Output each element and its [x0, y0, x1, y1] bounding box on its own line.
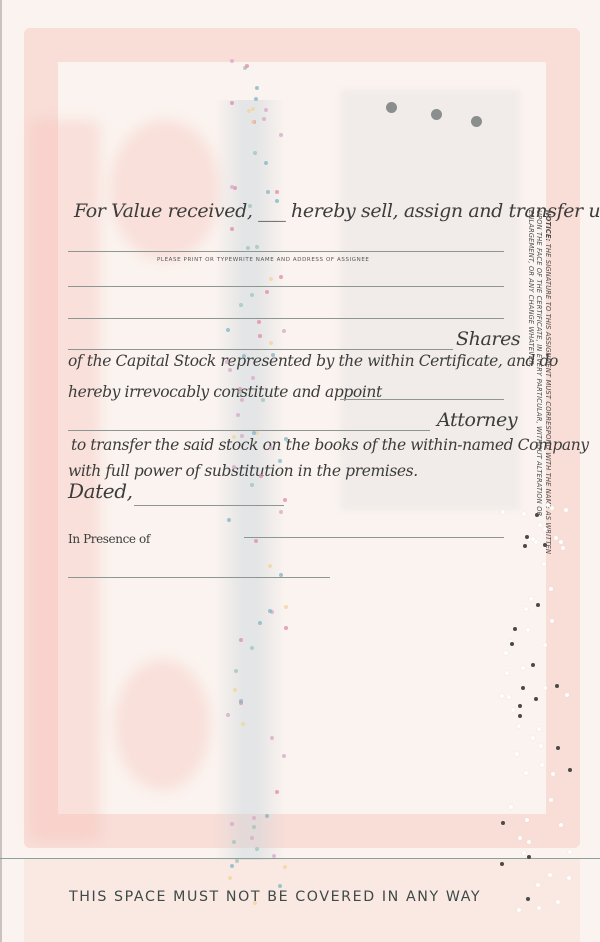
transfer-line: to transfer the said stock on the books …: [71, 436, 589, 454]
assignee-rule-1: [68, 251, 504, 252]
perforation-hole: [524, 607, 528, 611]
ink-speck: [275, 199, 279, 203]
ink-speck: [258, 621, 262, 625]
ink-speck: [283, 498, 287, 502]
perforation-hole: [535, 513, 539, 517]
perforation-hole: [518, 704, 522, 708]
for-value-received-line: For Value received, ___ hereby sell, ass…: [74, 200, 600, 222]
ink-speck: [261, 398, 265, 402]
perforation-hole: [538, 523, 542, 527]
ink-speck: [235, 859, 239, 863]
perforation-hole: [542, 562, 546, 566]
capital-stock-line: of the Capital Stock represented by the …: [68, 352, 558, 370]
ink-speck: [275, 190, 279, 194]
signature-notice: NOTICE: THE SIGNATURE TO THIS ASSIGNMENT…: [526, 210, 552, 570]
assignee-caption: PLEASE PRINT OR TYPEWRITE NAME AND ADDRE…: [157, 257, 370, 263]
ink-speck: [240, 398, 244, 402]
perforation-hole: [504, 651, 508, 655]
perforation-hole: [543, 686, 547, 690]
ink-speck: [227, 518, 231, 522]
punch-hole: [471, 116, 482, 127]
signature-field-line[interactable]: [244, 537, 504, 538]
attorney-field-line[interactable]: [68, 430, 430, 431]
ink-speck: [266, 190, 270, 194]
ink-speck: [242, 354, 246, 358]
bleed-vignette-left-top: [110, 120, 220, 260]
perforation-hole: [518, 836, 522, 840]
punch-hole: [431, 109, 442, 120]
ink-speck: [230, 822, 234, 826]
ink-speck: [259, 474, 263, 478]
ink-speck: [253, 901, 257, 905]
ink-speck: [255, 245, 259, 249]
shares-field-line[interactable]: [68, 349, 453, 350]
perforation-hole: [525, 535, 529, 539]
ink-speck: [278, 459, 282, 463]
ink-speck: [246, 246, 250, 250]
perforation-hole: [554, 536, 558, 540]
ink-speck: [278, 884, 282, 888]
perforation-hole: [513, 627, 517, 631]
perforation-hole: [539, 744, 543, 748]
witness-field-line[interactable]: [68, 577, 330, 578]
ink-speck: [226, 713, 230, 717]
ink-speck: [255, 86, 259, 90]
appoint-line: hereby irrevocably constitute and appoin…: [68, 383, 382, 401]
attorney-label: Attorney: [437, 409, 517, 431]
perforation-hole: [501, 821, 505, 825]
punch-hole: [386, 102, 397, 113]
perforation-hole: [540, 763, 544, 767]
perforation-hole: [510, 642, 514, 646]
perforation-hole: [527, 840, 531, 844]
perforation-hole: [561, 546, 565, 550]
assignee-field-line[interactable]: [68, 318, 504, 319]
appointee-field-line[interactable]: [340, 399, 504, 400]
ink-speck: [268, 609, 272, 613]
shares-label: Shares: [456, 328, 520, 350]
perforation-hole: [523, 544, 527, 548]
date-field-line[interactable]: [134, 505, 284, 506]
ink-speck: [250, 836, 254, 840]
ink-speck: [252, 431, 256, 435]
notice-heading: NOTICE:: [544, 210, 552, 241]
perforation-hole: [549, 587, 553, 591]
ink-speck: [239, 699, 243, 703]
dated-label: Dated,: [68, 479, 133, 503]
ink-speck: [284, 437, 288, 441]
ink-speck: [230, 59, 234, 63]
perforation-hole: [556, 900, 560, 904]
scan-edge: [0, 0, 2, 942]
do-not-cover-notice: THIS SPACE MUST NOT BE COVERED IN ANY WA…: [69, 889, 481, 905]
ink-speck: [255, 847, 259, 851]
ink-speck: [228, 876, 232, 880]
ink-speck: [283, 865, 287, 869]
ink-speck: [250, 483, 254, 487]
presence-label: In Presence of: [68, 532, 150, 546]
perforation-hole: [517, 908, 521, 912]
perforation-hole: [501, 510, 505, 514]
ink-speck: [247, 109, 251, 113]
ink-speck: [250, 293, 254, 297]
perforation-hole: [537, 727, 541, 731]
power-line: with full power of substitution in the p…: [68, 462, 418, 480]
perforation-hole: [518, 714, 522, 718]
ink-speck: [258, 334, 262, 338]
ink-speck: [269, 341, 273, 345]
perforation-hole: [511, 708, 515, 712]
perforation-hole: [500, 694, 504, 698]
ink-speck: [257, 320, 261, 324]
perforation-hole: [550, 506, 554, 510]
perforation-hole: [550, 619, 554, 623]
ink-speck: [250, 646, 254, 650]
ink-speck: [230, 101, 234, 105]
perforation-hole: [505, 671, 509, 675]
assignee-field-line[interactable]: [68, 286, 504, 287]
ink-speck: [265, 814, 269, 818]
perforation-hole: [537, 906, 541, 910]
bleed-vignette-left-bottom: [115, 660, 210, 790]
